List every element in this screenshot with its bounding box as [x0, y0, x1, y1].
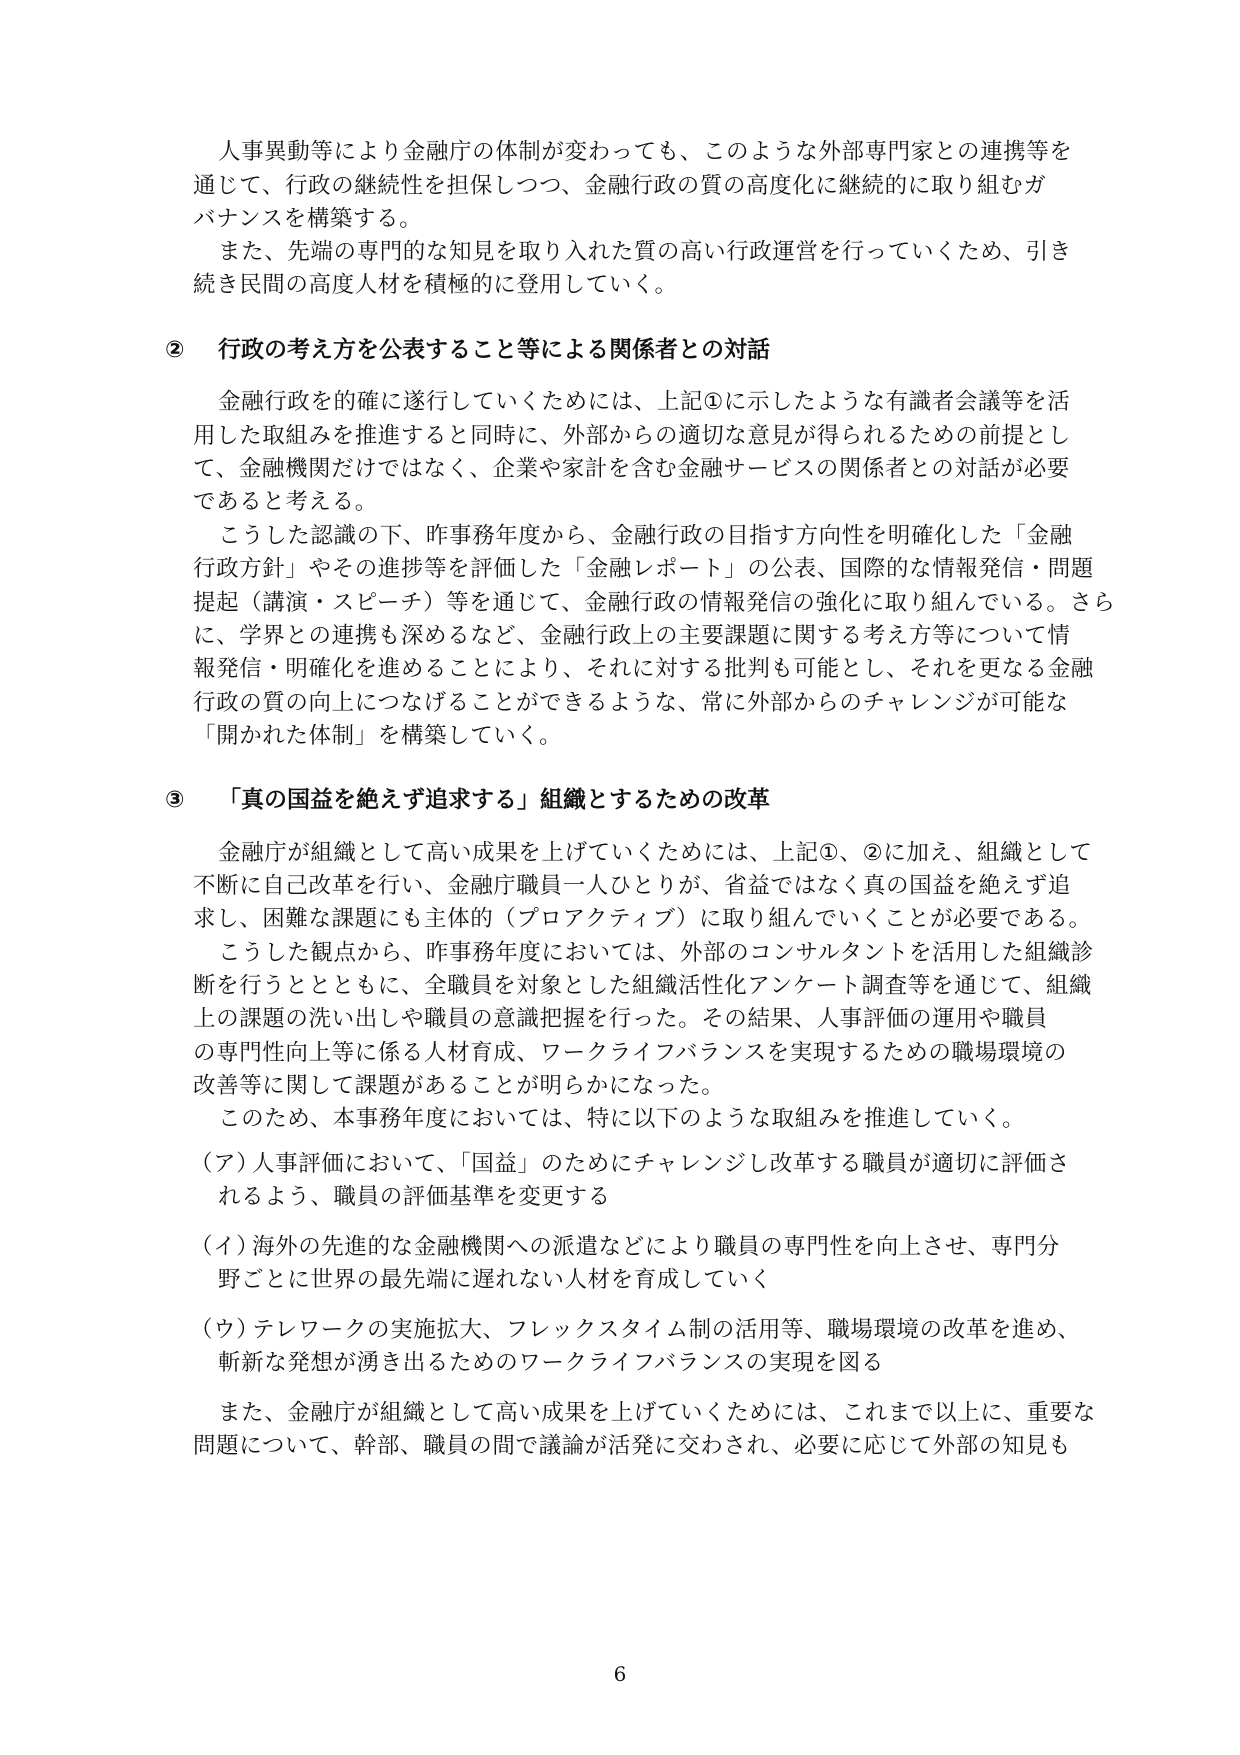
list-item-label: （イ） — [190, 1232, 252, 1262]
paragraph-line: バナンスを構築する。 — [193, 204, 1083, 234]
section-heading: ③「真の国益を絶えず追求する」組織とするための改革 — [165, 784, 770, 816]
paragraph-line: このため、本事務年度においては、特に以下のような取組みを推進していく。 — [218, 1104, 1108, 1134]
paragraph-line: 行政方針」やその進捗等を評価した「金融レポート」の公表、国際的な情報発信・問題 — [193, 554, 1083, 584]
paragraph-line: また、先端の専門的な知見を取り入れた質の高い行政運営を行っていくため、引き — [218, 237, 1108, 267]
paragraph-line: 行政の質の向上につなげることができるような、常に外部からのチャレンジが可能な — [193, 688, 1083, 718]
section-heading: ②行政の考え方を公表すること等による関係者との対話 — [165, 334, 770, 366]
paragraph-line: に、学界との連携も深めるなど、金融行政上の主要課題に関する考え方等について情 — [193, 621, 1083, 651]
paragraph-line: の専門性向上等に係る人材育成、ワークライフバランスを実現するための職場環境の — [193, 1038, 1083, 1068]
paragraph-line: 上の課題の洗い出しや職員の意識把握を行った。その結果、人事評価の運用や職員 — [193, 1004, 1083, 1034]
list-item-label: （ウ） — [190, 1315, 252, 1345]
section-title: 行政の考え方を公表すること等による関係者との対話 — [218, 337, 770, 363]
paragraph-line: 改善等に関して課題があることが明らかになった。 — [193, 1071, 1083, 1101]
list-item-continuation: 斬新な発想が湧き出るためのワークライフバランスの実現を図る — [218, 1348, 884, 1378]
section-title: 「真の国益を絶えず追求する」組織とするための改革 — [218, 787, 770, 813]
paragraph-line: また、金融庁が組織として高い成果を上げていくためには、これまで以上に、重要な — [218, 1398, 1108, 1428]
paragraph-line: 金融庁が組織として高い成果を上げていくためには、上記①、②に加え、組織として — [218, 838, 1108, 868]
list-item-continuation: れるよう、職員の評価基準を変更する — [218, 1182, 611, 1212]
list-item: （ウ）テレワークの実施拡大、フレックスタイム制の活用等、職場環境の改革を進め、 — [190, 1315, 1080, 1345]
section-number: ③ — [165, 784, 218, 816]
paragraph-line: こうした観点から、昨事務年度においては、外部のコンサルタントを活用した組織診 — [218, 938, 1108, 968]
list-item: （ア）人事評価において、「国益」のためにチャレンジし改革する職員が適切に評価さ — [190, 1149, 1070, 1179]
list-item-text: 人事評価において、「国益」のためにチャレンジし改革する職員が適切に評価さ — [252, 1151, 1070, 1177]
paragraph-line: 報発信・明確化を進めることにより、それに対する批判も可能とし、それを更なる金融 — [193, 654, 1083, 684]
paragraph-line: 続き民間の高度人材を積極的に登用していく。 — [193, 270, 1083, 300]
paragraph-line: 不断に自己改革を行い、金融庁職員一人ひとりが、省益ではなく真の国益を絶えず追 — [193, 871, 1083, 901]
list-item-continuation: 野ごとに世界の最先端に遅れない人材を育成していく — [218, 1265, 772, 1295]
list-item-text: テレワークの実施拡大、フレックスタイム制の活用等、職場環境の改革を進め、 — [252, 1317, 1080, 1343]
paragraph-line: 問題について、幹部、職員の間で議論が活発に交わされ、必要に応じて外部の知見も — [193, 1431, 1083, 1461]
paragraph-line: 用した取組みを推進すると同時に、外部からの適切な意見が得られるための前提とし — [193, 421, 1083, 451]
paragraph-line: 提起（講演・スピーチ）等を通じて、金融行政の情報発信の強化に取り組んでいる。さら — [193, 588, 1083, 618]
section-number: ② — [165, 334, 218, 366]
paragraph-line: 断を行うととともに、全職員を対象とした組織活性化アンケート調査等を通じて、組織 — [193, 971, 1083, 1001]
list-item-label: （ア） — [190, 1149, 252, 1179]
paragraph-line: 通じて、行政の継続性を担保しつつ、金融行政の質の高度化に継続的に取り組むガ — [193, 171, 1083, 201]
paragraph-line: 金融行政を的確に遂行していくためには、上記①に示したような有識者会議等を活 — [218, 387, 1108, 417]
paragraph-line: 人事異動等により金融庁の体制が変わっても、このような外部専門家との連携等を — [218, 137, 1108, 167]
list-item-text: 海外の先進的な金融機関への派遣などにより職員の専門性を向上させ、専門分 — [252, 1234, 1060, 1260]
paragraph-line: て、金融機関だけではなく、企業や家計を含む金融サービスの関係者との対話が必要 — [193, 454, 1083, 484]
list-item: （イ）海外の先進的な金融機関への派遣などにより職員の専門性を向上させ、専門分 — [190, 1232, 1060, 1262]
document-page: 人事異動等により金融庁の体制が変わっても、このような外部専門家との連携等を 通じ… — [0, 0, 1240, 1755]
paragraph-line: 求し、困難な課題にも主体的（プロアクティブ）に取り組んでいくことが必要である。 — [193, 904, 1083, 934]
page-number: 6 — [600, 1662, 640, 1686]
paragraph-line: 「開かれた体制」を構築していく。 — [193, 721, 1083, 751]
paragraph-line: であると考える。 — [193, 487, 1083, 517]
paragraph-line: こうした認識の下、昨事務年度から、金融行政の目指す方向性を明確化した「金融 — [218, 521, 1108, 551]
